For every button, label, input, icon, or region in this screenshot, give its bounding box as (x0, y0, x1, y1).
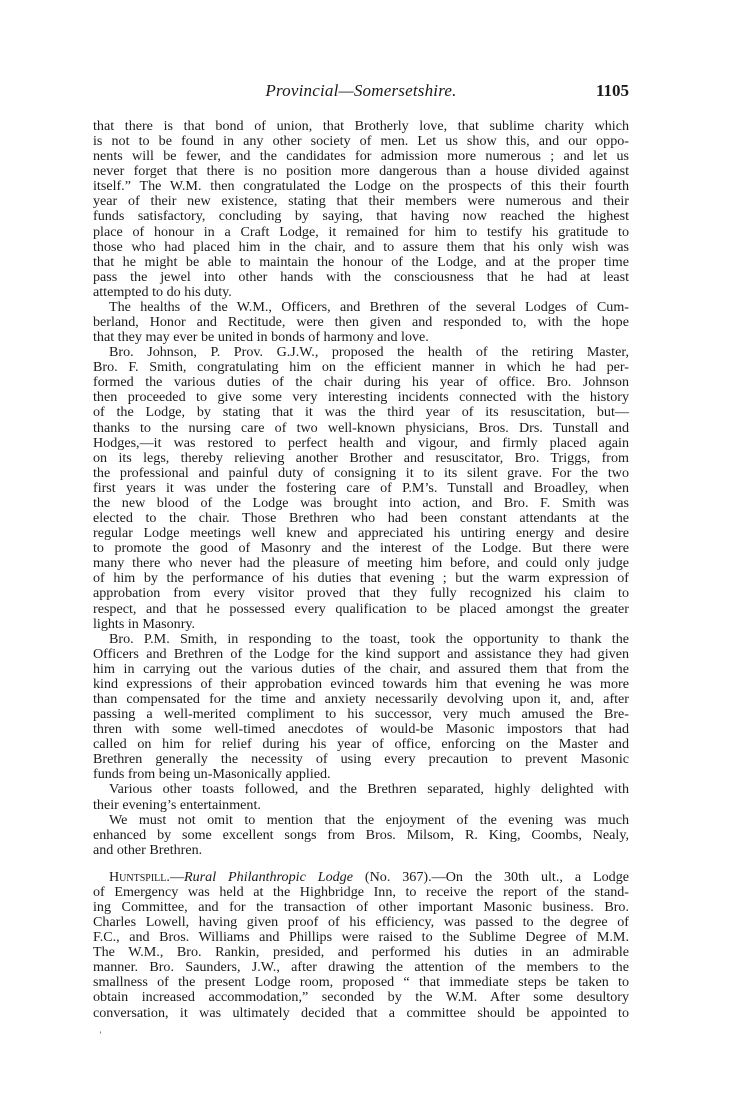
text-line: obtain increased accommodation,” seconde… (93, 990, 629, 1005)
text-line: Bro. Johnson, P. Prov. G.J.W., proposed … (93, 345, 629, 360)
text-line: We must not omit to mention that the enj… (93, 813, 629, 828)
text-line: conversation, it was ultimately decided … (93, 1006, 629, 1021)
text-line: berland, Honor and Rectitude, were then … (93, 315, 629, 330)
text-line: attempted to do his duty. (93, 285, 629, 300)
paragraph-bro-johnson: Bro. Johnson, P. Prov. G.J.W., proposed … (93, 345, 629, 631)
text-line: manner. Bro. Saunders, J.W., after drawi… (93, 960, 629, 975)
paragraph-bro-pm-smith: Bro. P.M. Smith, in responding to the to… (93, 632, 629, 783)
text-line: Charles Lowell, having given proof of hi… (93, 915, 629, 930)
paragraph-other-toasts: Various other toasts followed, and the B… (93, 782, 629, 812)
text-line: Hodges,—it was restored to perfect healt… (93, 436, 629, 451)
text-line: regular Lodge meetings well knew and app… (93, 526, 629, 541)
text-line: on its legs, thereby relieving another B… (93, 451, 629, 466)
running-header: Provincial—Somersetshire. 1105 (93, 81, 629, 101)
text-line: enhanced by some excellent songs from Br… (93, 828, 629, 843)
text-line: Various other toasts followed, and the B… (93, 782, 629, 797)
text-line: funds from being un-Masonically applied. (93, 767, 629, 782)
text-line: that there is that bond of union, that B… (93, 119, 629, 134)
text-line: those who had placed him in the chair, a… (93, 240, 629, 255)
text-line: is not to be found in any other society … (93, 134, 629, 149)
paragraph-songs: We must not omit to mention that the enj… (93, 813, 629, 858)
text-line: formed the various duties of the chair d… (93, 375, 629, 390)
text-line: respect, and that he possessed every qua… (93, 602, 629, 617)
text-line: ing Committee, and for the transaction o… (93, 900, 629, 915)
text-line: The W.M., Bro. Rankin, presided, and per… (93, 945, 629, 960)
text-line: thanks to the nursing care of two well-k… (93, 421, 629, 436)
text-line: called on him for relief during his year… (93, 737, 629, 752)
text-line: never forget that there is no position m… (93, 164, 629, 179)
text-line: many there who never had the pleasure of… (93, 556, 629, 571)
article-body: that there is that bond of union, that B… (93, 119, 629, 1021)
text-line: The healths of the W.M., Officers, and B… (93, 300, 629, 315)
text-line: kind expressions of their approbation ev… (93, 677, 629, 692)
text-line: the new blood of the Lodge was brought i… (93, 496, 629, 511)
text-line: than compensated for the time and anxiet… (93, 692, 629, 707)
text-line: that he might be able to maintain the ho… (93, 255, 629, 270)
paragraph-huntspill: Huntspill.—Rural Philanthropic Lodge (No… (93, 870, 629, 1021)
page-number: 1105 (596, 81, 629, 101)
text-line: and other Brethren. (93, 843, 629, 858)
text-line: pass the jewel into other hands with the… (93, 270, 629, 285)
text-line: first years it was under the fostering c… (93, 481, 629, 496)
text-line: elected to the chair. Those Brethren who… (93, 511, 629, 526)
text-line: that they may ever be united in bonds of… (93, 330, 629, 345)
text-line: of Emergency was held at the Highbridge … (93, 885, 629, 900)
paragraph-closing-address: that there is that bond of union, that B… (93, 119, 629, 300)
lodge-number: (No. 367).—On the 30th ult., a Lodge (353, 869, 629, 885)
text-line: passing a well-merited compliment to his… (93, 707, 629, 722)
place-name: Huntspill. (109, 869, 170, 885)
text-line: itself.” The W.M. then congratulated the… (93, 179, 629, 194)
text-line: F.C., and Bros. Williams and Phillips we… (93, 930, 629, 945)
stray-print-mark: ’ (99, 1030, 102, 1040)
text-line: him in carrying out the various duties o… (93, 662, 629, 677)
running-title: Provincial—Somersetshire. (93, 81, 629, 101)
text-line: Officers and Brethren of the Lodge for t… (93, 647, 629, 662)
text-line: funds satisfactory, concluding by saying… (93, 209, 629, 224)
text-line: the professional and painful duty of con… (93, 466, 629, 481)
text-line: to promote the good of Masonry and the i… (93, 541, 629, 556)
text-line: approbation from every visitor proved th… (93, 586, 629, 601)
text-line: lights in Masonry. (93, 617, 629, 632)
text-line: smallness of the present Lodge room, pro… (93, 975, 629, 990)
text-line: nents will be fewer, and the candidates … (93, 149, 629, 164)
text-line: their evening’s entertainment. (93, 798, 629, 813)
text-line: of him by the performance of his duties … (93, 571, 629, 586)
text-line: year of their new existence, stating tha… (93, 194, 629, 209)
text-line: Bro. P.M. Smith, in responding to the to… (93, 632, 629, 647)
text-line: Brethren generally the necessity of usin… (93, 752, 629, 767)
text-line: Bro. F. Smith, congratulating him on the… (93, 360, 629, 375)
text-line: place of honour in a Craft Lodge, it rem… (93, 225, 629, 240)
dash: — (170, 869, 184, 885)
paragraph-healths: The healths of the W.M., Officers, and B… (93, 300, 629, 345)
text-line: of the Lodge, by stating that it was the… (93, 405, 629, 420)
section-lead-line: Huntspill.—Rural Philanthropic Lodge (No… (93, 870, 629, 885)
text-line: thren with some well-timed anecdotes of … (93, 722, 629, 737)
lodge-name: Rural Philanthropic Lodge (184, 869, 353, 885)
text-line: then proceeded to give some very interes… (93, 390, 629, 405)
